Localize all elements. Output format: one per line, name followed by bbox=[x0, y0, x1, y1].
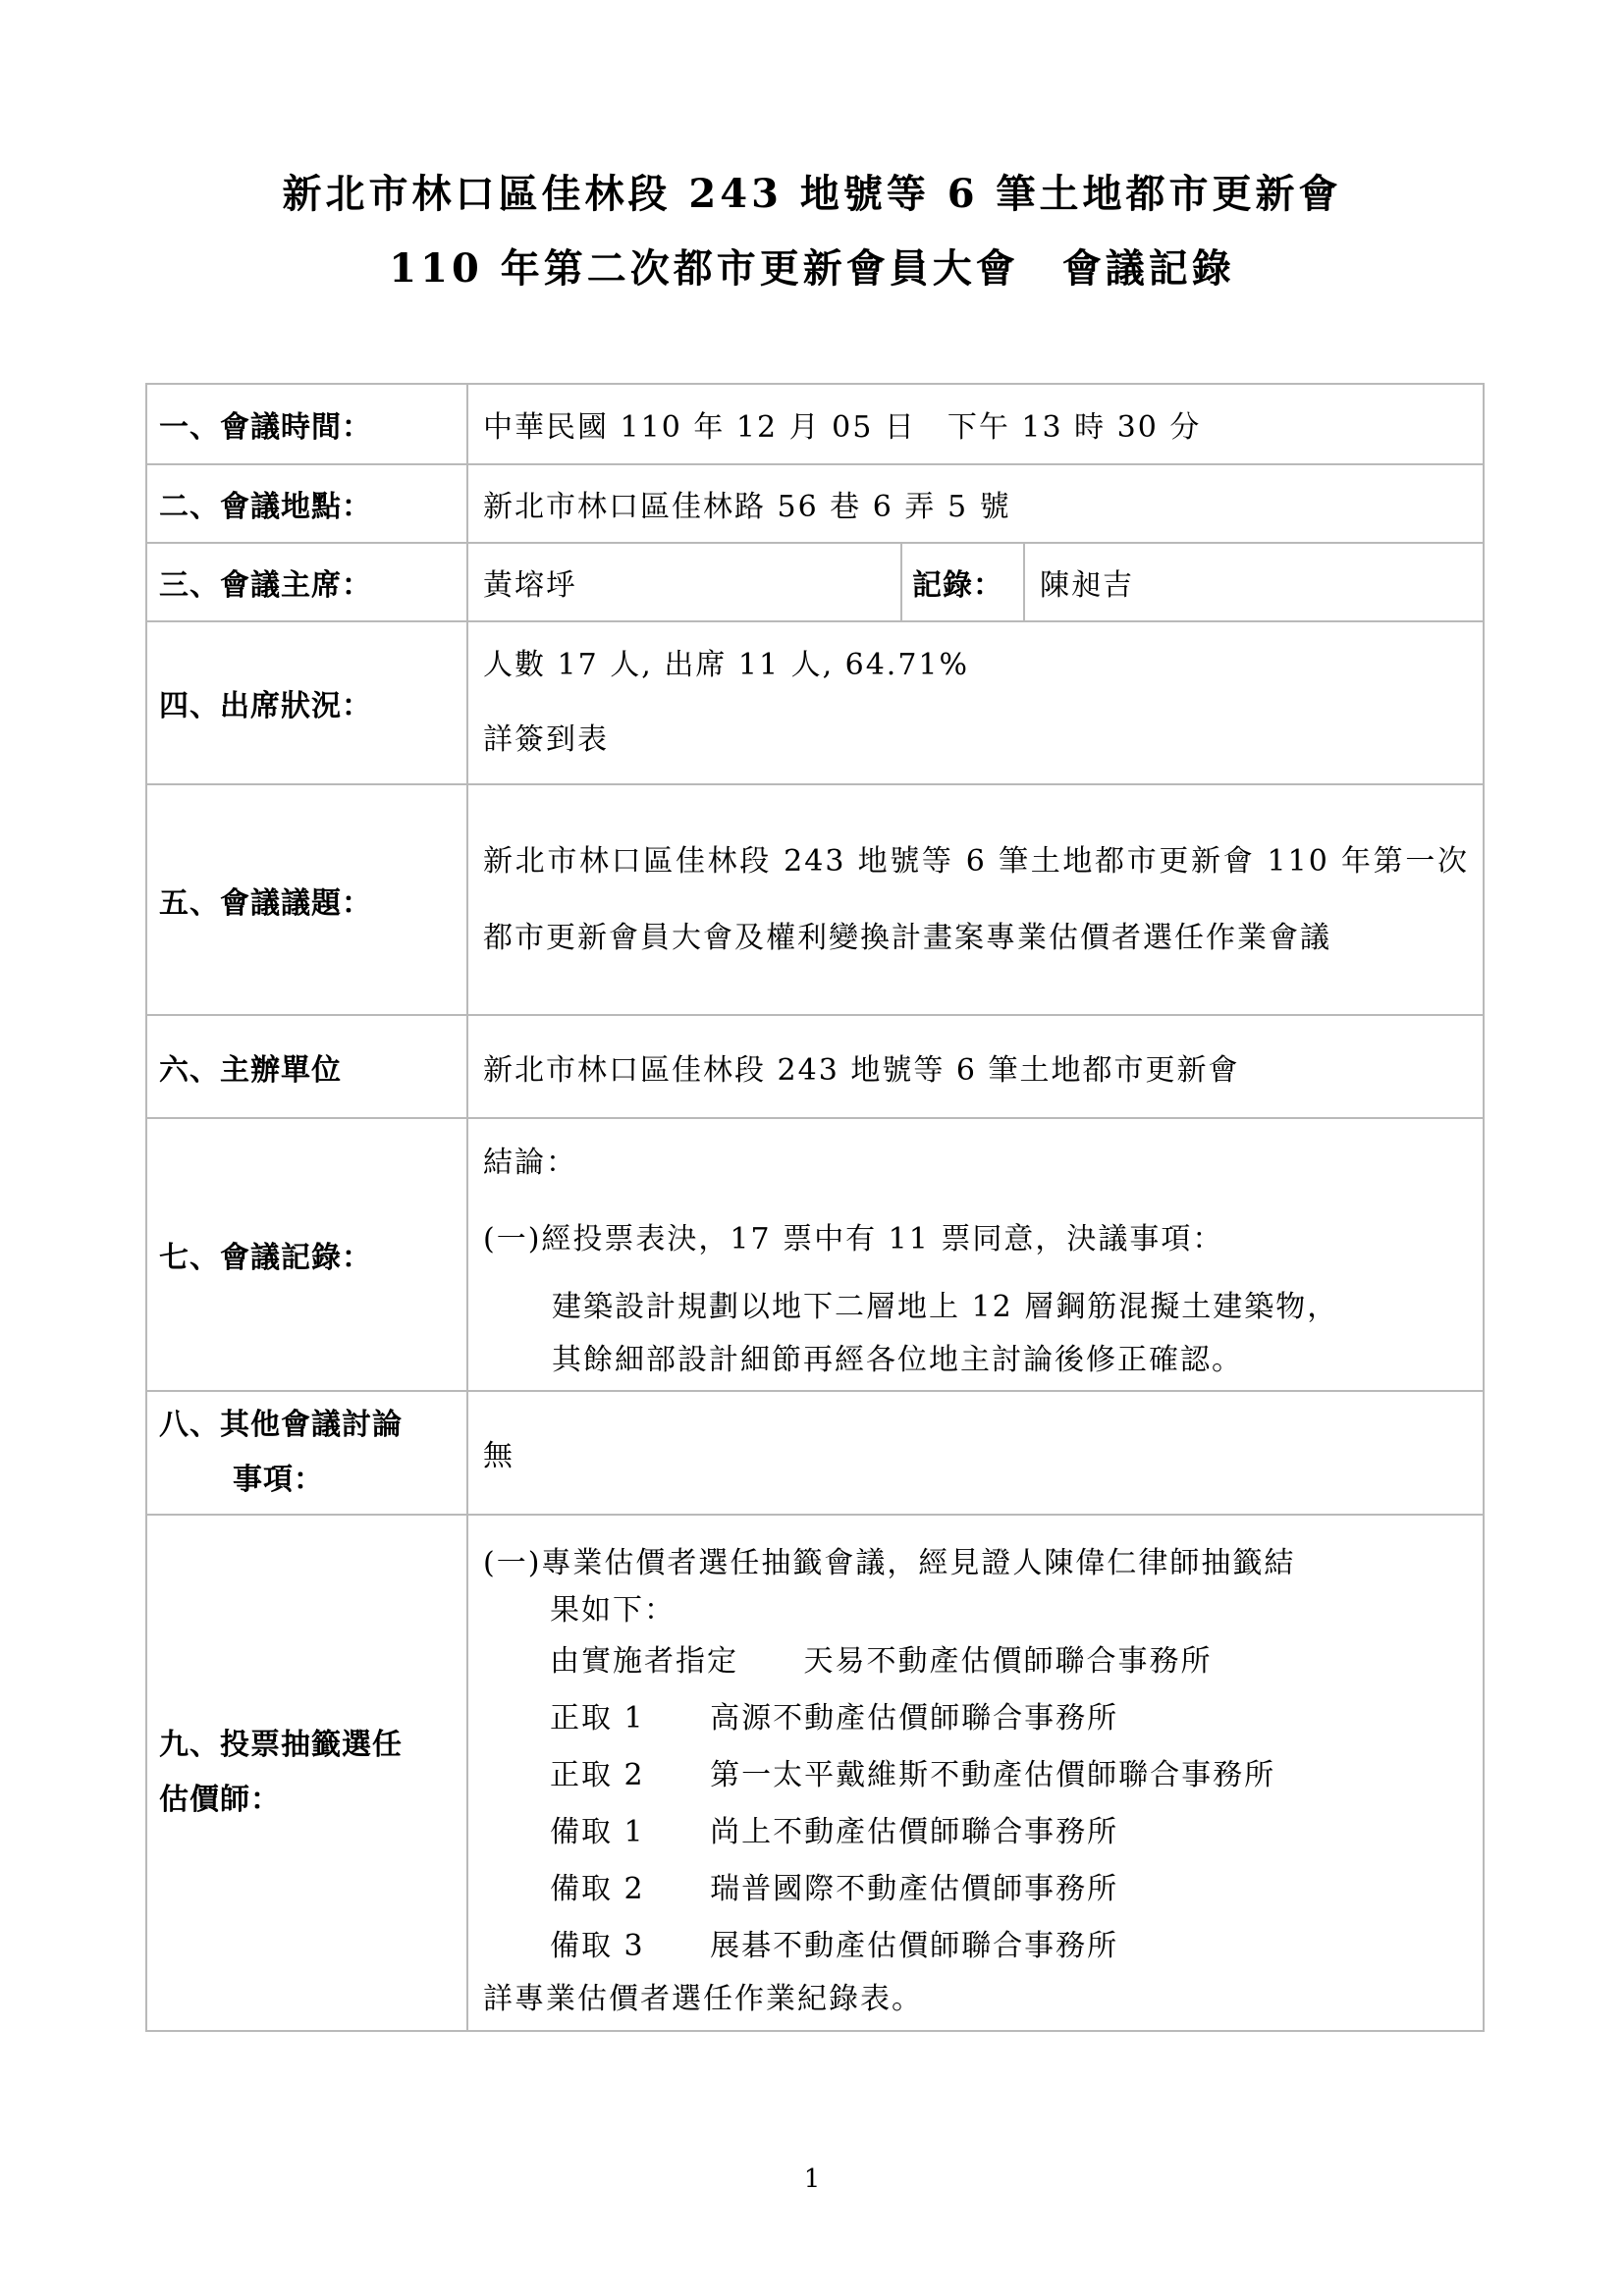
minutes-conclusion: 結論： bbox=[483, 1125, 1469, 1201]
table-row-organizer: 六、主辦單位 新北市林口區佳林段 243 地號等 6 筆土地都市更新會 bbox=[147, 1014, 1483, 1117]
row-label-recorder: 記錄： bbox=[900, 544, 1025, 620]
lottery-item-name: 尚上不動產估價師聯合事務所 bbox=[710, 1815, 1118, 1849]
lottery-item-name: 天易不動產估價師聯合事務所 bbox=[804, 1644, 1213, 1679]
lottery-label-line-2: 估價師： bbox=[159, 1773, 459, 1828]
row-label-attendance: 四、出席狀況： bbox=[147, 622, 468, 783]
row-label-topic: 五、會議議題： bbox=[147, 785, 468, 1014]
lottery-item: 備取 2 瑞普國際不動產估價師事務所 bbox=[483, 1861, 1469, 1918]
table-row-meeting-place: 二、會議地點： 新北市林口區佳林路 56 巷 6 弄 5 號 bbox=[147, 463, 1483, 542]
lottery-item: 正取 2 第一太平戴維斯不動產估價師聯合事務所 bbox=[483, 1747, 1469, 1804]
lottery-intro-line-1: (一)專業估價者選任抽籤會議，經見證人陳偉仁律師抽籤結 bbox=[483, 1539, 1469, 1588]
row-label-meeting-place: 二、會議地點： bbox=[147, 465, 468, 542]
table-row-chairperson: 三、會議主席： 黃塎垀 記錄： 陳昶吉 bbox=[147, 542, 1483, 620]
minutes-item-1: (一)經投票表決，17 票中有 11 票同意，決議事項： bbox=[483, 1201, 1469, 1278]
lottery-item-name: 展碁不動產估價師聯合事務所 bbox=[710, 1929, 1118, 1963]
minutes-detail-1: 建築設計規劃以地下二層地上 12 層鋼筋混擬土建築物， bbox=[483, 1278, 1469, 1337]
lottery-item: 備取 3 展碁不動產估價師聯合事務所 bbox=[483, 1918, 1469, 1975]
table-row-lottery: 九、投票抽籤選任 估價師： (一)專業估價者選任抽籤會議，經見證人陳偉仁律師抽籤… bbox=[147, 1514, 1483, 2030]
topic-text: 新北市林口區佳林段 243 地號等 6 筆土地都市更新會 110 年第一次都市更… bbox=[483, 824, 1469, 977]
lottery-item-rank: 備取 1 bbox=[550, 1804, 645, 1861]
lottery-item-name: 高源不動產估價師聯合事務所 bbox=[710, 1701, 1118, 1735]
title-line-1: 新北市林口區佳林段 243 地號等 6 筆土地都市更新會 bbox=[0, 157, 1624, 232]
lottery-item: 正取 1 高源不動產估價師聯合事務所 bbox=[483, 1690, 1469, 1747]
row-label-other-items: 八、其他會議討論 事項： bbox=[147, 1392, 468, 1514]
row-value-attendance: 人數 17 人, 出席 11 人, 64.71% 詳簽到表 bbox=[468, 622, 1483, 783]
lottery-item-name: 瑞普國際不動產估價師事務所 bbox=[710, 1872, 1118, 1906]
other-items-label-line-1: 八、其他會議討論 bbox=[159, 1398, 459, 1453]
lottery-label-line-1: 九、投票抽籤選任 bbox=[159, 1718, 459, 1773]
row-label-organizer: 六、主辦單位 bbox=[147, 1016, 468, 1117]
row-value-minutes: 結論： (一)經投票表決，17 票中有 11 票同意，決議事項： 建築設計規劃以… bbox=[468, 1119, 1483, 1390]
row-value-other-items: 無 bbox=[468, 1392, 1483, 1514]
lottery-intro-line-2: 果如下： bbox=[483, 1588, 1469, 1633]
minutes-detail-2: 其餘細部設計細節再經各位地主討論後修正確認。 bbox=[483, 1337, 1469, 1384]
row-label-chairperson: 三、會議主席： bbox=[147, 544, 468, 620]
lottery-item: 備取 1 尚上不動產估價師聯合事務所 bbox=[483, 1804, 1469, 1861]
attendance-note: 詳簽到表 bbox=[483, 703, 1469, 777]
lottery-footer-note: 詳專業估價者選任作業紀錄表。 bbox=[483, 1975, 1469, 2024]
minutes-table: 一、會議時間： 中華民國 110 年 12 月 05 日 下午 13 時 30 … bbox=[145, 383, 1485, 2032]
row-value-chairperson: 黃塎垀 bbox=[468, 544, 900, 620]
row-value-recorder: 陳昶吉 bbox=[1025, 544, 1483, 620]
row-value-topic: 新北市林口區佳林段 243 地號等 6 筆土地都市更新會 110 年第一次都市更… bbox=[468, 785, 1483, 1014]
lottery-item-rank: 由實施者指定 bbox=[550, 1633, 738, 1690]
row-value-lottery: (一)專業估價者選任抽籤會議，經見證人陳偉仁律師抽籤結 果如下： 由實施者指定 … bbox=[468, 1516, 1483, 2030]
attendance-count: 人數 17 人, 出席 11 人, 64.71% bbox=[483, 628, 1469, 703]
table-row-minutes: 七、會議記錄： 結論： (一)經投票表決，17 票中有 11 票同意，決議事項：… bbox=[147, 1117, 1483, 1390]
lottery-item-rank: 備取 3 bbox=[550, 1918, 645, 1975]
document-title: 新北市林口區佳林段 243 地號等 6 筆土地都市更新會 110 年第二次都市更… bbox=[0, 157, 1624, 306]
table-row-other-items: 八、其他會議討論 事項： 無 bbox=[147, 1390, 1483, 1514]
lottery-item-rank: 正取 1 bbox=[550, 1690, 645, 1747]
row-value-meeting-time: 中華民國 110 年 12 月 05 日 下午 13 時 30 分 bbox=[468, 385, 1483, 463]
page-number: 1 bbox=[0, 2164, 1624, 2194]
table-row-topic: 五、會議議題： 新北市林口區佳林段 243 地號等 6 筆土地都市更新會 110… bbox=[147, 783, 1483, 1014]
other-items-label-line-2: 事項： bbox=[159, 1453, 459, 1508]
row-label-meeting-time: 一、會議時間： bbox=[147, 385, 468, 463]
row-value-meeting-place: 新北市林口區佳林路 56 巷 6 弄 5 號 bbox=[468, 465, 1483, 542]
document-page: 新北市林口區佳林段 243 地號等 6 筆土地都市更新會 110 年第二次都市更… bbox=[0, 0, 1624, 2296]
lottery-item-rank: 備取 2 bbox=[550, 1861, 645, 1918]
row-label-lottery: 九、投票抽籤選任 估價師： bbox=[147, 1516, 468, 2030]
lottery-item-name: 第一太平戴維斯不動產估價師聯合事務所 bbox=[710, 1758, 1275, 1792]
table-row-attendance: 四、出席狀況： 人數 17 人, 出席 11 人, 64.71% 詳簽到表 bbox=[147, 620, 1483, 783]
title-line-2: 110 年第二次都市更新會員大會 會議記錄 bbox=[0, 232, 1624, 306]
row-value-organizer: 新北市林口區佳林段 243 地號等 6 筆土地都市更新會 bbox=[468, 1016, 1483, 1117]
table-row-meeting-time: 一、會議時間： 中華民國 110 年 12 月 05 日 下午 13 時 30 … bbox=[147, 385, 1483, 463]
row-label-minutes: 七、會議記錄： bbox=[147, 1119, 468, 1390]
lottery-item-rank: 正取 2 bbox=[550, 1747, 645, 1804]
lottery-item: 由實施者指定 天易不動產估價師聯合事務所 bbox=[483, 1633, 1469, 1690]
